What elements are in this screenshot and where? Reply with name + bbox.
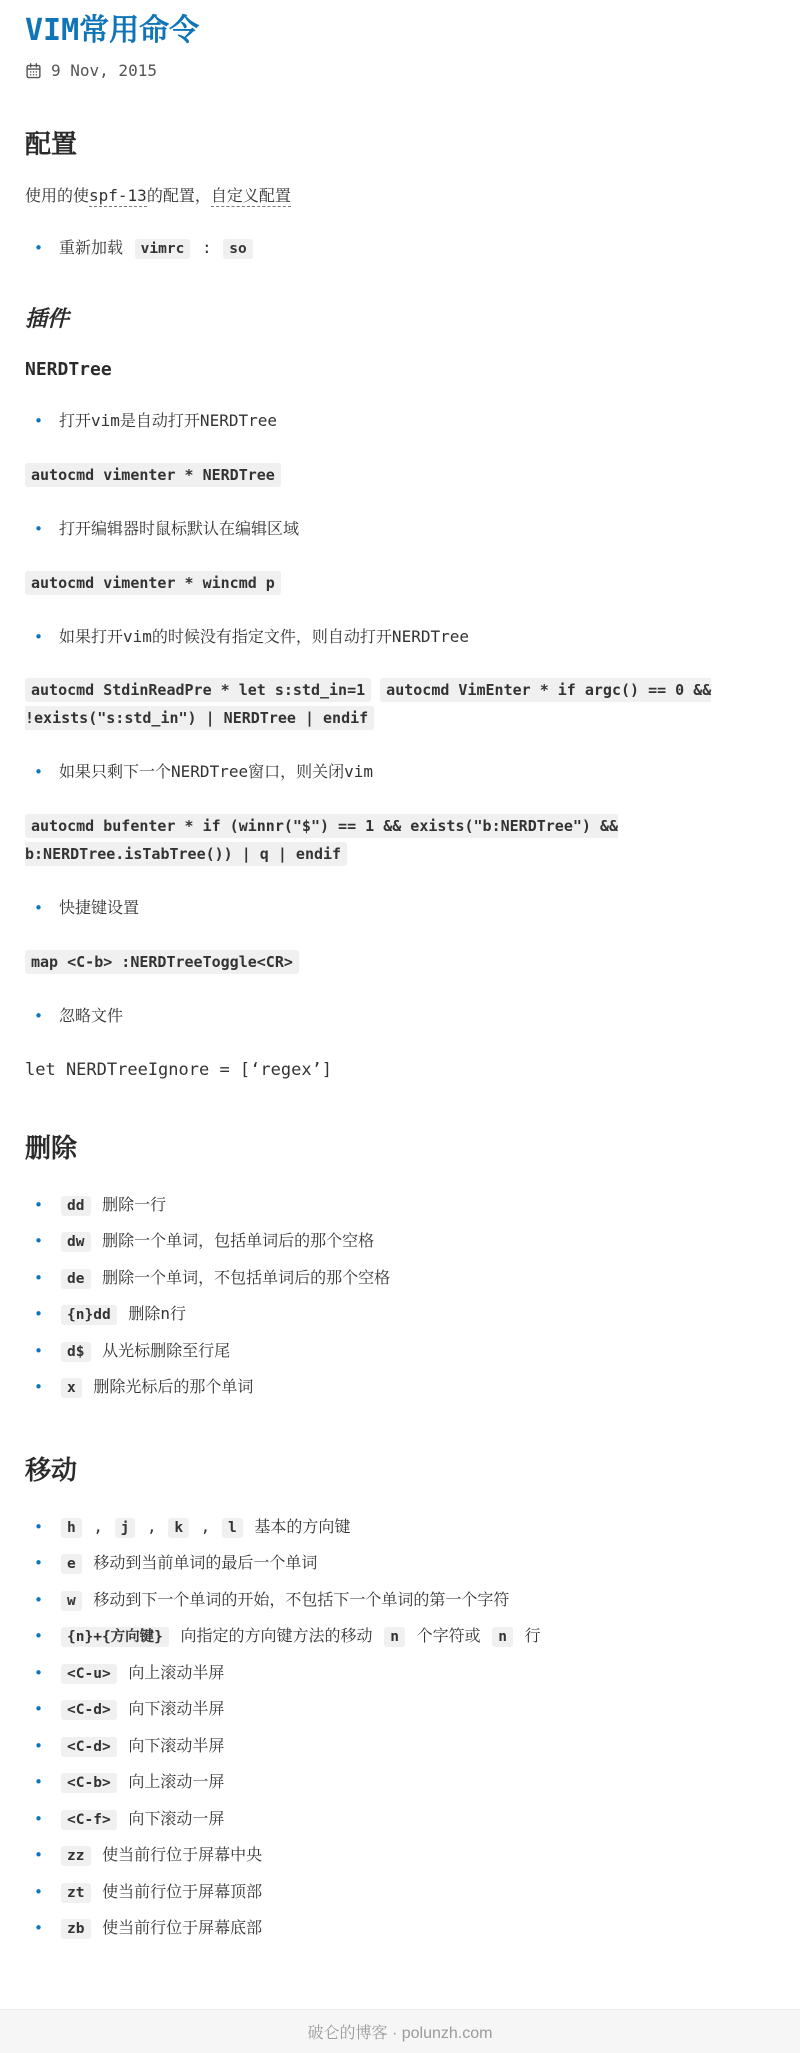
list-item-text: w 移动到下一个单词的开始，不包括下一个单词的第一个字符 xyxy=(59,1587,509,1613)
list-item: •zt 使当前行位于屏幕顶部 xyxy=(25,1874,775,1910)
bullet-list: •打开vim是自动打开NERDTree xyxy=(25,403,775,439)
bullet-icon: • xyxy=(34,896,43,920)
text-link[interactable]: 自定义配置 xyxy=(211,186,291,207)
inline-code: de xyxy=(61,1269,90,1289)
code-line: map <C-b> :NERDTreeToggle<CR> xyxy=(25,948,775,976)
inline-code: w xyxy=(61,1591,82,1611)
inline-code: e xyxy=(61,1554,82,1574)
list-item-text: zb 使当前行位于屏幕底部 xyxy=(59,1915,262,1941)
list-item: •e 移动到当前单词的最后一个单词 xyxy=(25,1545,775,1581)
list-item: •<C-b> 向上滚动一屏 xyxy=(25,1764,775,1800)
text-run: : xyxy=(192,238,221,257)
list-item-text: d$ 从光标删除至行尾 xyxy=(59,1338,230,1364)
list-item-text: <C-u> 向上滚动半屏 xyxy=(59,1660,224,1686)
inline-code: vimrc xyxy=(135,239,191,259)
paragraph: 使用的使spf-13的配置，自定义配置 xyxy=(25,183,775,209)
text-run: 从光标删除至行尾 xyxy=(93,1341,231,1360)
inline-code: autocmd vimenter * NERDTree xyxy=(25,463,281,487)
list-item: •zz 使当前行位于屏幕中央 xyxy=(25,1837,775,1873)
bullet-icon: • xyxy=(34,1193,43,1217)
article-body: 配置使用的使spf-13的配置，自定义配置•重新加载 vimrc : so插件N… xyxy=(25,130,775,1947)
inline-code: d$ xyxy=(61,1342,90,1362)
inline-code: h xyxy=(61,1518,82,1538)
text-run: 如果只剩下一个NERDTree窗口，则关闭vim xyxy=(59,762,373,781)
text-run: 移动到下一个单词的开始，不包括下一个单词的第一个字符 xyxy=(84,1590,510,1609)
text-run: , xyxy=(191,1517,220,1536)
bullet-list: •如果只剩下一个NERDTree窗口，则关闭vim xyxy=(25,754,775,790)
list-item: •d$ 从光标删除至行尾 xyxy=(25,1333,775,1369)
text-run: 向上滚动半屏 xyxy=(119,1663,225,1682)
list-item: •<C-d> 向下滚动半屏 xyxy=(25,1728,775,1764)
inline-code: x xyxy=(61,1378,82,1398)
bullet-icon: • xyxy=(34,1807,43,1831)
inline-code: <C-b> xyxy=(61,1773,117,1793)
bullet-icon: • xyxy=(34,1843,43,1867)
list-item: •打开编辑器时鼠标默认在编辑区域 xyxy=(25,511,775,547)
bullet-icon: • xyxy=(34,1515,43,1539)
page-title: VIM常用命令 xyxy=(25,14,775,49)
inline-code: n xyxy=(492,1627,513,1647)
list-item: •{n}dd 删除n行 xyxy=(25,1296,775,1332)
bullet-list: •dd 删除一行•dw 删除一个单词，包括单词后的那个空格•de 删除一个单词，… xyxy=(25,1187,775,1406)
code-line: autocmd bufenter * if (winnr("$") == 1 &… xyxy=(25,812,775,868)
list-item-text: zt 使当前行位于屏幕顶部 xyxy=(59,1879,262,1905)
text-run: 基本的方向键 xyxy=(245,1517,351,1536)
list-item-text: h , j , k , l 基本的方向键 xyxy=(59,1514,350,1540)
text-run: 向上滚动一屏 xyxy=(119,1772,225,1791)
inline-code: autocmd bufenter * if (winnr("$") == 1 &… xyxy=(25,814,618,866)
section-heading: 配置 xyxy=(25,130,775,161)
list-item-text: 如果只剩下一个NERDTree窗口，则关闭vim xyxy=(59,759,373,785)
text-run: 打开编辑器时鼠标默认在编辑区域 xyxy=(59,519,299,538)
bullet-icon: • xyxy=(34,1551,43,1575)
text-run: 忽略文件 xyxy=(59,1006,123,1025)
inline-code: j xyxy=(115,1518,136,1538)
text-run: 使当前行位于屏幕中央 xyxy=(93,1845,263,1864)
inline-code: <C-d> xyxy=(61,1737,117,1757)
list-item-text: dw 删除一个单词，包括单词后的那个空格 xyxy=(59,1228,374,1254)
bullet-icon: • xyxy=(34,1734,43,1758)
list-item: •快捷键设置 xyxy=(25,890,775,926)
article: VIM常用命令 9 Nov, 2015 配置使用的使spf-13的配置，自定义配… xyxy=(0,0,800,2009)
bullet-icon: • xyxy=(34,1588,43,1612)
bullet-icon: • xyxy=(34,236,43,260)
inline-code: n xyxy=(384,1627,405,1647)
inline-code: zz xyxy=(61,1846,90,1866)
list-item: •de 删除一个单词，不包括单词后的那个空格 xyxy=(25,1260,775,1296)
inline-code: {n}dd xyxy=(61,1305,117,1325)
inline-code: so xyxy=(223,239,252,259)
list-item: •打开vim是自动打开NERDTree xyxy=(25,403,775,439)
text-run: 使当前行位于屏幕底部 xyxy=(93,1918,263,1937)
list-item-text: 打开编辑器时鼠标默认在编辑区域 xyxy=(59,516,299,542)
bullet-icon: • xyxy=(34,1229,43,1253)
inline-code: <C-u> xyxy=(61,1664,117,1684)
list-item-text: x 删除光标后的那个单词 xyxy=(59,1374,253,1400)
text-run: 使用的使 xyxy=(25,186,89,205)
list-item-text: <C-d> 向下滚动半屏 xyxy=(59,1733,224,1759)
text-run: 行 xyxy=(515,1626,541,1645)
bullet-icon: • xyxy=(34,1339,43,1363)
list-item-text: 忽略文件 xyxy=(59,1003,123,1029)
list-item: •{n}+{方向键} 向指定的方向键方法的移动 n 个字符或 n 行 xyxy=(25,1618,775,1654)
bullet-icon: • xyxy=(34,409,43,433)
list-item: •忽略文件 xyxy=(25,998,775,1034)
text-run: 向指定的方向键方法的移动 xyxy=(171,1626,382,1645)
inline-code: autocmd vimenter * wincmd p xyxy=(25,571,281,595)
bullet-list: •如果打开vim的时候没有指定文件，则自动打开NERDTree xyxy=(25,619,775,655)
bullet-list: •快捷键设置 xyxy=(25,890,775,926)
text-run: 重新加载 xyxy=(59,238,133,257)
list-item: •<C-f> 向下滚动一屏 xyxy=(25,1801,775,1837)
bullet-icon: • xyxy=(34,1266,43,1290)
list-item-text: dd 删除一行 xyxy=(59,1192,166,1218)
bullet-icon: • xyxy=(34,1624,43,1648)
inline-code: <C-d> xyxy=(61,1700,117,1720)
bullet-icon: • xyxy=(34,1880,43,1904)
footer-text: 破仑的博客 · polunzh.com xyxy=(308,2020,493,2043)
bullet-icon: • xyxy=(34,517,43,541)
list-item-text: {n}+{方向键} 向指定的方向键方法的移动 n 个字符或 n 行 xyxy=(59,1623,541,1649)
text-run: 删除n行 xyxy=(119,1304,186,1323)
text-link[interactable]: spf-13 xyxy=(89,186,147,207)
section-heading: 移动 xyxy=(25,1456,775,1487)
list-item: •zb 使当前行位于屏幕底部 xyxy=(25,1910,775,1946)
bullet-icon: • xyxy=(34,625,43,649)
list-item-text: <C-b> 向上滚动一屏 xyxy=(59,1769,224,1795)
inline-code: zt xyxy=(61,1883,90,1903)
bullet-icon: • xyxy=(34,1302,43,1326)
text-run: 删除一行 xyxy=(93,1195,167,1214)
bullet-icon: • xyxy=(34,1661,43,1685)
text-run: 快捷键设置 xyxy=(59,898,139,917)
section-heading: 删除 xyxy=(25,1134,775,1165)
list-item: •dw 删除一个单词，包括单词后的那个空格 xyxy=(25,1223,775,1259)
text-run: 的配置， xyxy=(147,186,211,205)
text-run: 向下滚动半屏 xyxy=(119,1736,225,1755)
list-item: •h , j , k , l 基本的方向键 xyxy=(25,1509,775,1545)
list-item-text: zz 使当前行位于屏幕中央 xyxy=(59,1842,262,1868)
inline-code: dw xyxy=(61,1232,90,1252)
list-item: •<C-d> 向下滚动半屏 xyxy=(25,1691,775,1727)
calendar-icon xyxy=(25,62,42,79)
minor-heading: NERDTree xyxy=(25,359,775,381)
list-item: •重新加载 vimrc : so xyxy=(25,230,775,266)
bullet-icon: • xyxy=(34,1004,43,1028)
inline-code: map <C-b> :NERDTreeToggle<CR> xyxy=(25,950,299,974)
bullet-list: •忽略文件 xyxy=(25,998,775,1034)
text-run: 如果打开vim的时候没有指定文件，则自动打开NERDTree xyxy=(59,627,469,646)
list-item-text: <C-d> 向下滚动半屏 xyxy=(59,1696,224,1722)
bullet-icon: • xyxy=(34,1375,43,1399)
code-line: autocmd vimenter * NERDTree xyxy=(25,461,775,489)
bullet-icon: • xyxy=(34,1770,43,1794)
text-run: 打开vim是自动打开NERDTree xyxy=(59,411,277,430)
list-item-text: 打开vim是自动打开NERDTree xyxy=(59,408,277,434)
inline-code: <C-f> xyxy=(61,1810,117,1830)
text-run: 个字符或 xyxy=(407,1626,490,1645)
inline-code: k xyxy=(168,1518,189,1538)
list-item: •dd 删除一行 xyxy=(25,1187,775,1223)
text-run: , xyxy=(137,1517,166,1536)
list-item: •如果只剩下一个NERDTree窗口，则关闭vim xyxy=(25,754,775,790)
text-run: 删除光标后的那个单词 xyxy=(84,1377,254,1396)
list-item-text: e 移动到当前单词的最后一个单词 xyxy=(59,1550,317,1576)
mono-paragraph: let NERDTreeIgnore = [‘regex’] xyxy=(25,1058,775,1084)
list-item: •如果打开vim的时候没有指定文件，则自动打开NERDTree xyxy=(25,619,775,655)
bullet-list: •重新加载 vimrc : so xyxy=(25,230,775,266)
list-item: •<C-u> 向上滚动半屏 xyxy=(25,1655,775,1691)
inline-code: l xyxy=(222,1518,243,1538)
code-line: autocmd vimenter * wincmd p xyxy=(25,569,775,597)
text-run: 使当前行位于屏幕顶部 xyxy=(93,1882,263,1901)
inline-code: zb xyxy=(61,1919,90,1939)
text-run: , xyxy=(84,1517,113,1536)
text-run: 向下滚动一屏 xyxy=(119,1809,225,1828)
list-item: •x 删除光标后的那个单词 xyxy=(25,1369,775,1405)
sub-heading: 插件 xyxy=(25,307,775,333)
list-item-text: de 删除一个单词，不包括单词后的那个空格 xyxy=(59,1265,390,1291)
list-item-text: 如果打开vim的时候没有指定文件，则自动打开NERDTree xyxy=(59,624,469,650)
text-run: 删除一个单词，不包括单词后的那个空格 xyxy=(93,1268,391,1287)
inline-code: {n}+{方向键} xyxy=(61,1627,169,1647)
list-item-text: {n}dd 删除n行 xyxy=(59,1301,186,1327)
bullet-icon: • xyxy=(34,1697,43,1721)
code-line: autocmd StdinReadPre * let s:std_in=1 au… xyxy=(25,676,775,732)
list-item: •w 移动到下一个单词的开始，不包括下一个单词的第一个字符 xyxy=(25,1582,775,1618)
post-meta: 9 Nov, 2015 xyxy=(25,61,775,80)
bullet-list: •h , j , k , l 基本的方向键•e 移动到当前单词的最后一个单词•w… xyxy=(25,1509,775,1947)
text-run: 向下滚动半屏 xyxy=(119,1699,225,1718)
text-run: 删除一个单词，包括单词后的那个空格 xyxy=(93,1231,375,1250)
page-footer: 破仑的博客 · polunzh.com xyxy=(0,2009,800,2053)
inline-code: autocmd StdinReadPre * let s:std_in=1 xyxy=(25,678,371,702)
list-item-text: 快捷键设置 xyxy=(59,895,139,921)
list-item-text: <C-f> 向下滚动一屏 xyxy=(59,1806,224,1832)
inline-code: dd xyxy=(61,1196,90,1216)
bullet-list: •打开编辑器时鼠标默认在编辑区域 xyxy=(25,511,775,547)
bullet-icon: • xyxy=(34,760,43,784)
text-run: 移动到当前单词的最后一个单词 xyxy=(84,1553,318,1572)
post-date: 9 Nov, 2015 xyxy=(51,61,157,80)
list-item-text: 重新加载 vimrc : so xyxy=(59,235,255,261)
bullet-icon: • xyxy=(34,1916,43,1940)
